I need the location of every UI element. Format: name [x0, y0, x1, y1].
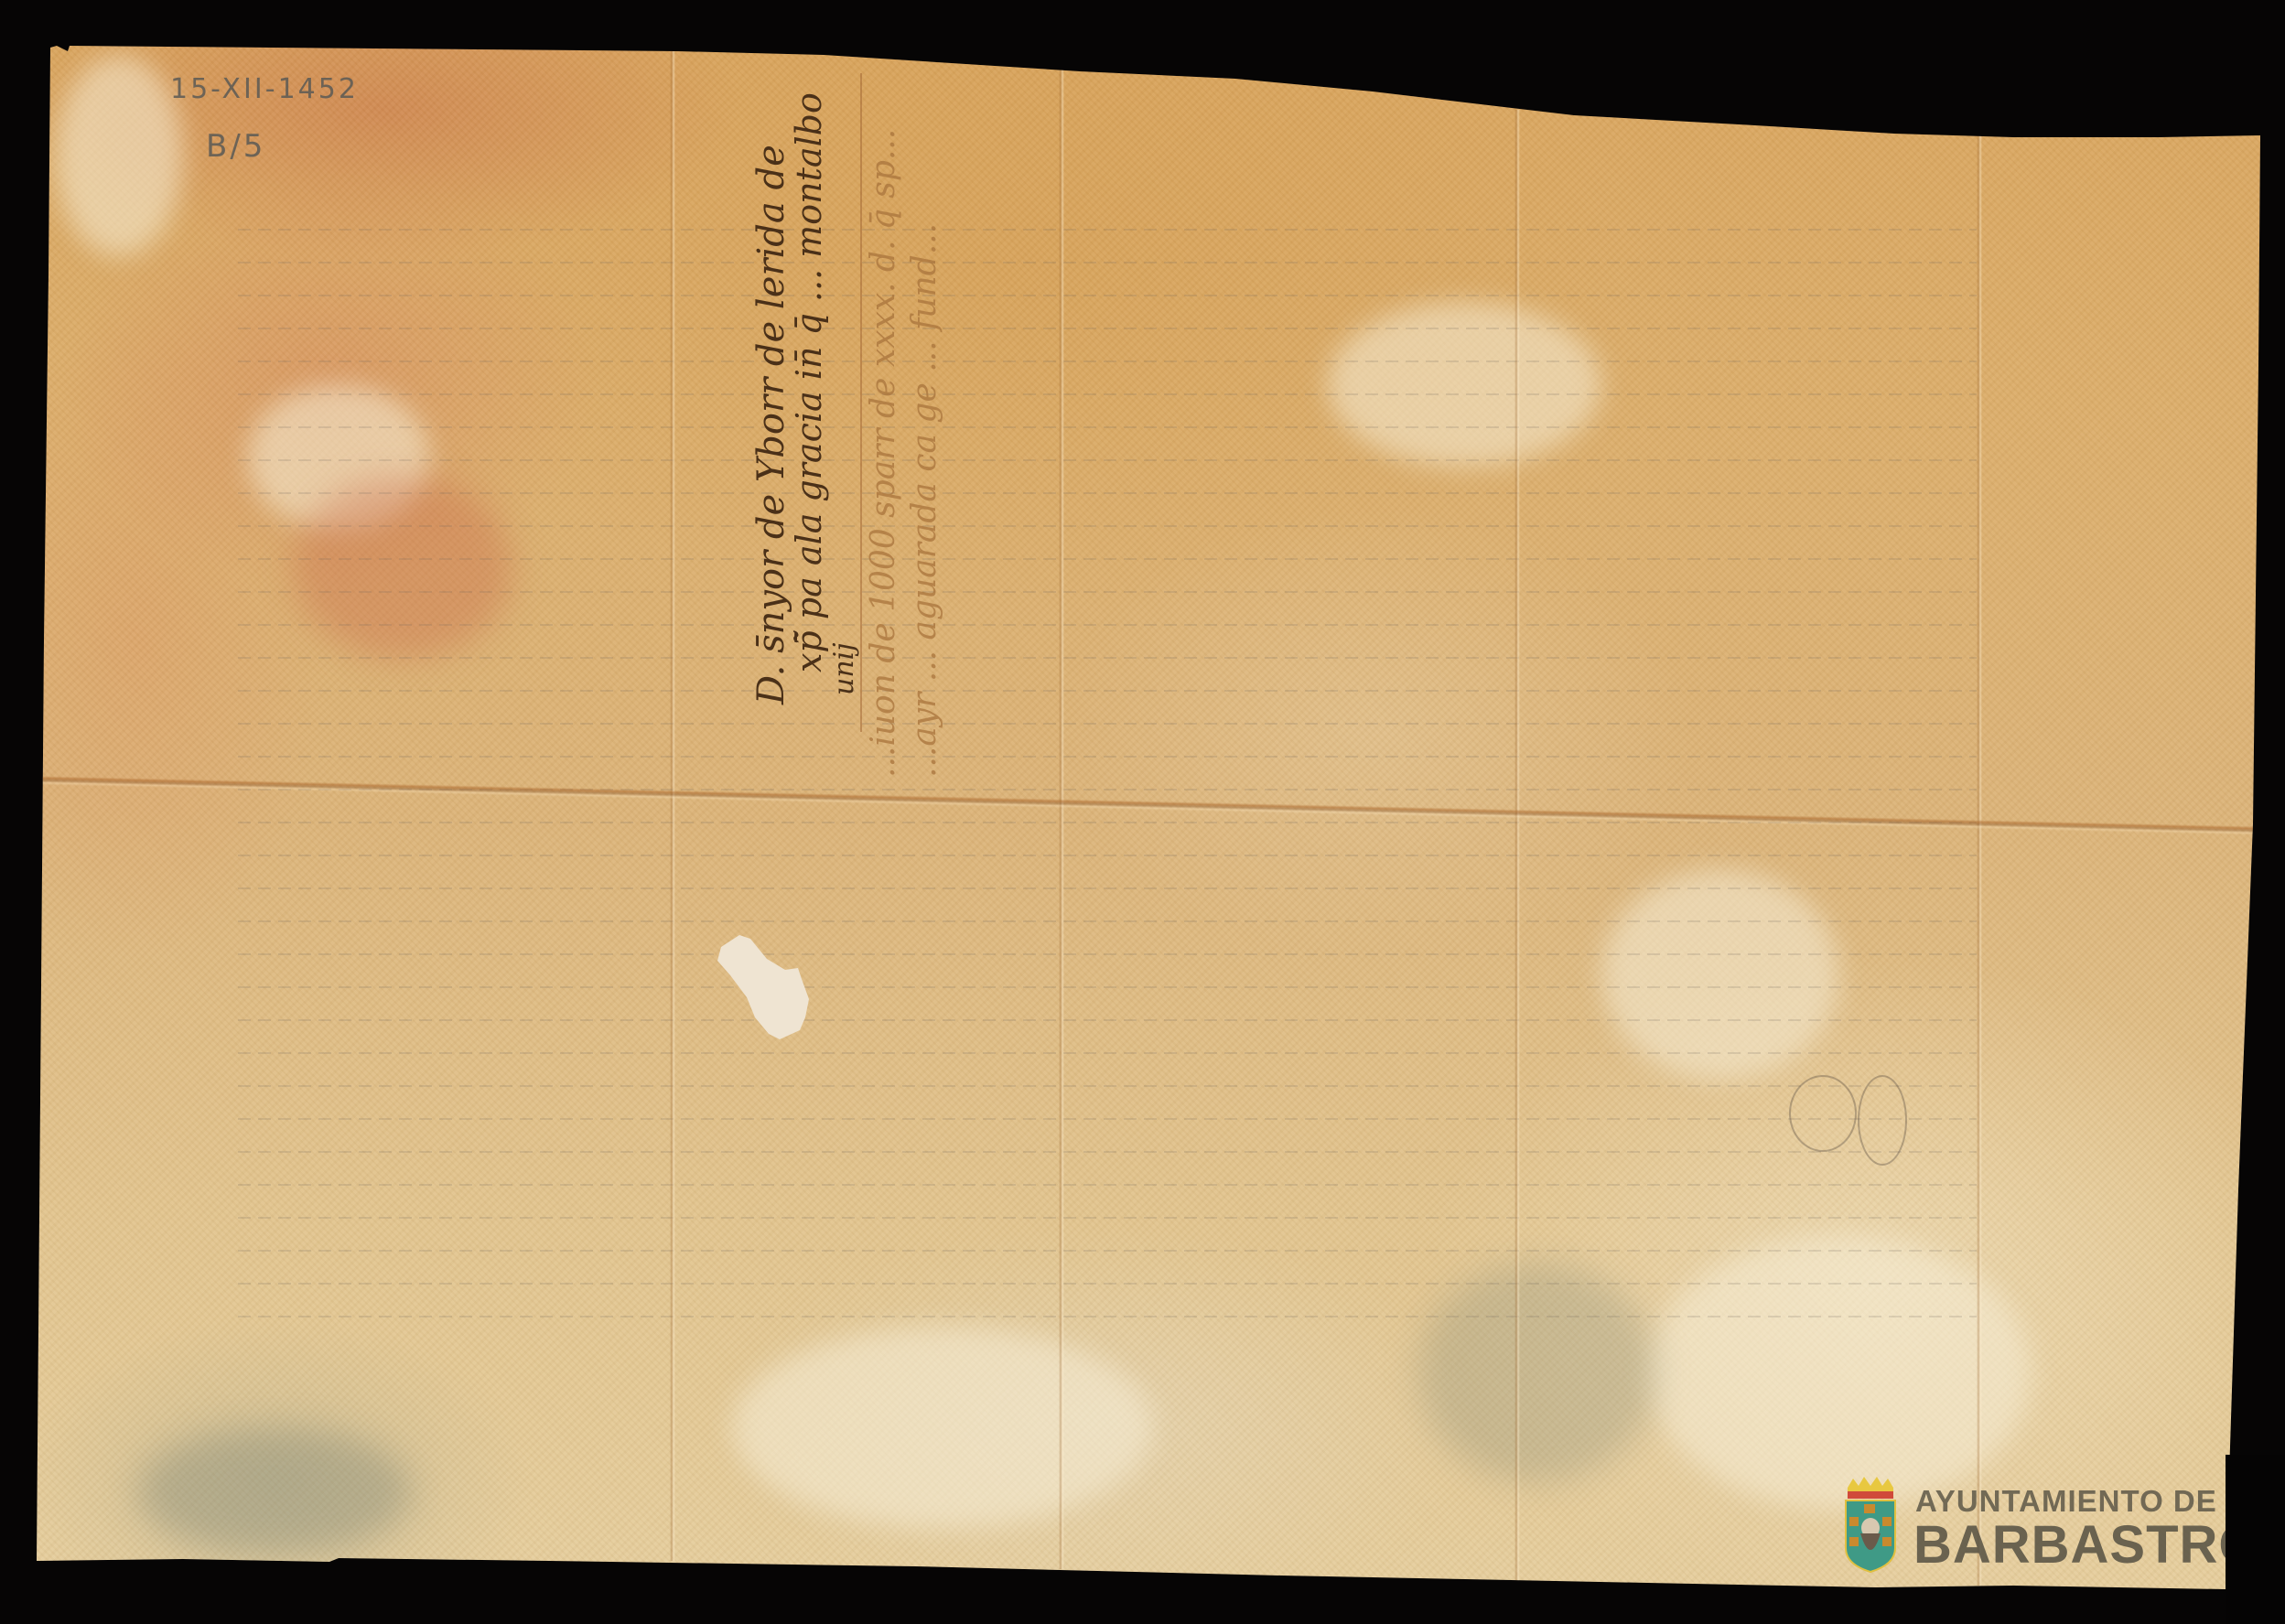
notarial-sign — [1858, 1075, 1907, 1166]
watermark-line-1: AYUNTAMIENTO DE — [1915, 1484, 2217, 1519]
pale-abrasion — [55, 55, 183, 256]
pale-abrasion — [732, 1327, 1153, 1528]
municipal-watermark: AYUNTAMIENTO DE BARBASTRO — [1842, 1475, 2236, 1576]
endorsement-line-2: xp̃̄ pa ala gracia in̄ q̄ ... montalbo — [789, 92, 829, 672]
endorsement-faint-line-1: ...iuon de 1000 sparr de xxxx. d. q̄ sp.… — [865, 129, 902, 778]
endorsement-line-1: D. s̄nyor de Yborr de lerida de — [750, 145, 792, 704]
endorsement-faint-line-2: ...ayr ... aguarada ca ge ... fund... — [906, 223, 943, 778]
pencil-signature-annotation: B/5 — [206, 128, 265, 165]
vertical-fold — [1514, 110, 1520, 1583]
endorsement-line-3: unij — [828, 642, 860, 695]
pencil-date-annotation: 15-XII-1452 — [170, 73, 359, 105]
vertical-fold — [670, 51, 675, 1561]
paper-repair-patch — [714, 933, 833, 1043]
dark-stain — [137, 1427, 412, 1555]
barbastro-crest-icon — [1842, 1475, 1899, 1574]
notarial-sign — [1789, 1075, 1857, 1152]
black-backdrop-edge — [2226, 1455, 2285, 1624]
vertical-fold — [1059, 64, 1064, 1569]
parchment-document: 15-XII-1452 B/5 D. s̄nyor de Yborr de le… — [0, 0, 2285, 1624]
ruled-margin-line — [860, 73, 862, 732]
watermark-line-2: BARBASTRO — [1913, 1519, 2261, 1572]
vertical-fold — [1977, 135, 1982, 1586]
